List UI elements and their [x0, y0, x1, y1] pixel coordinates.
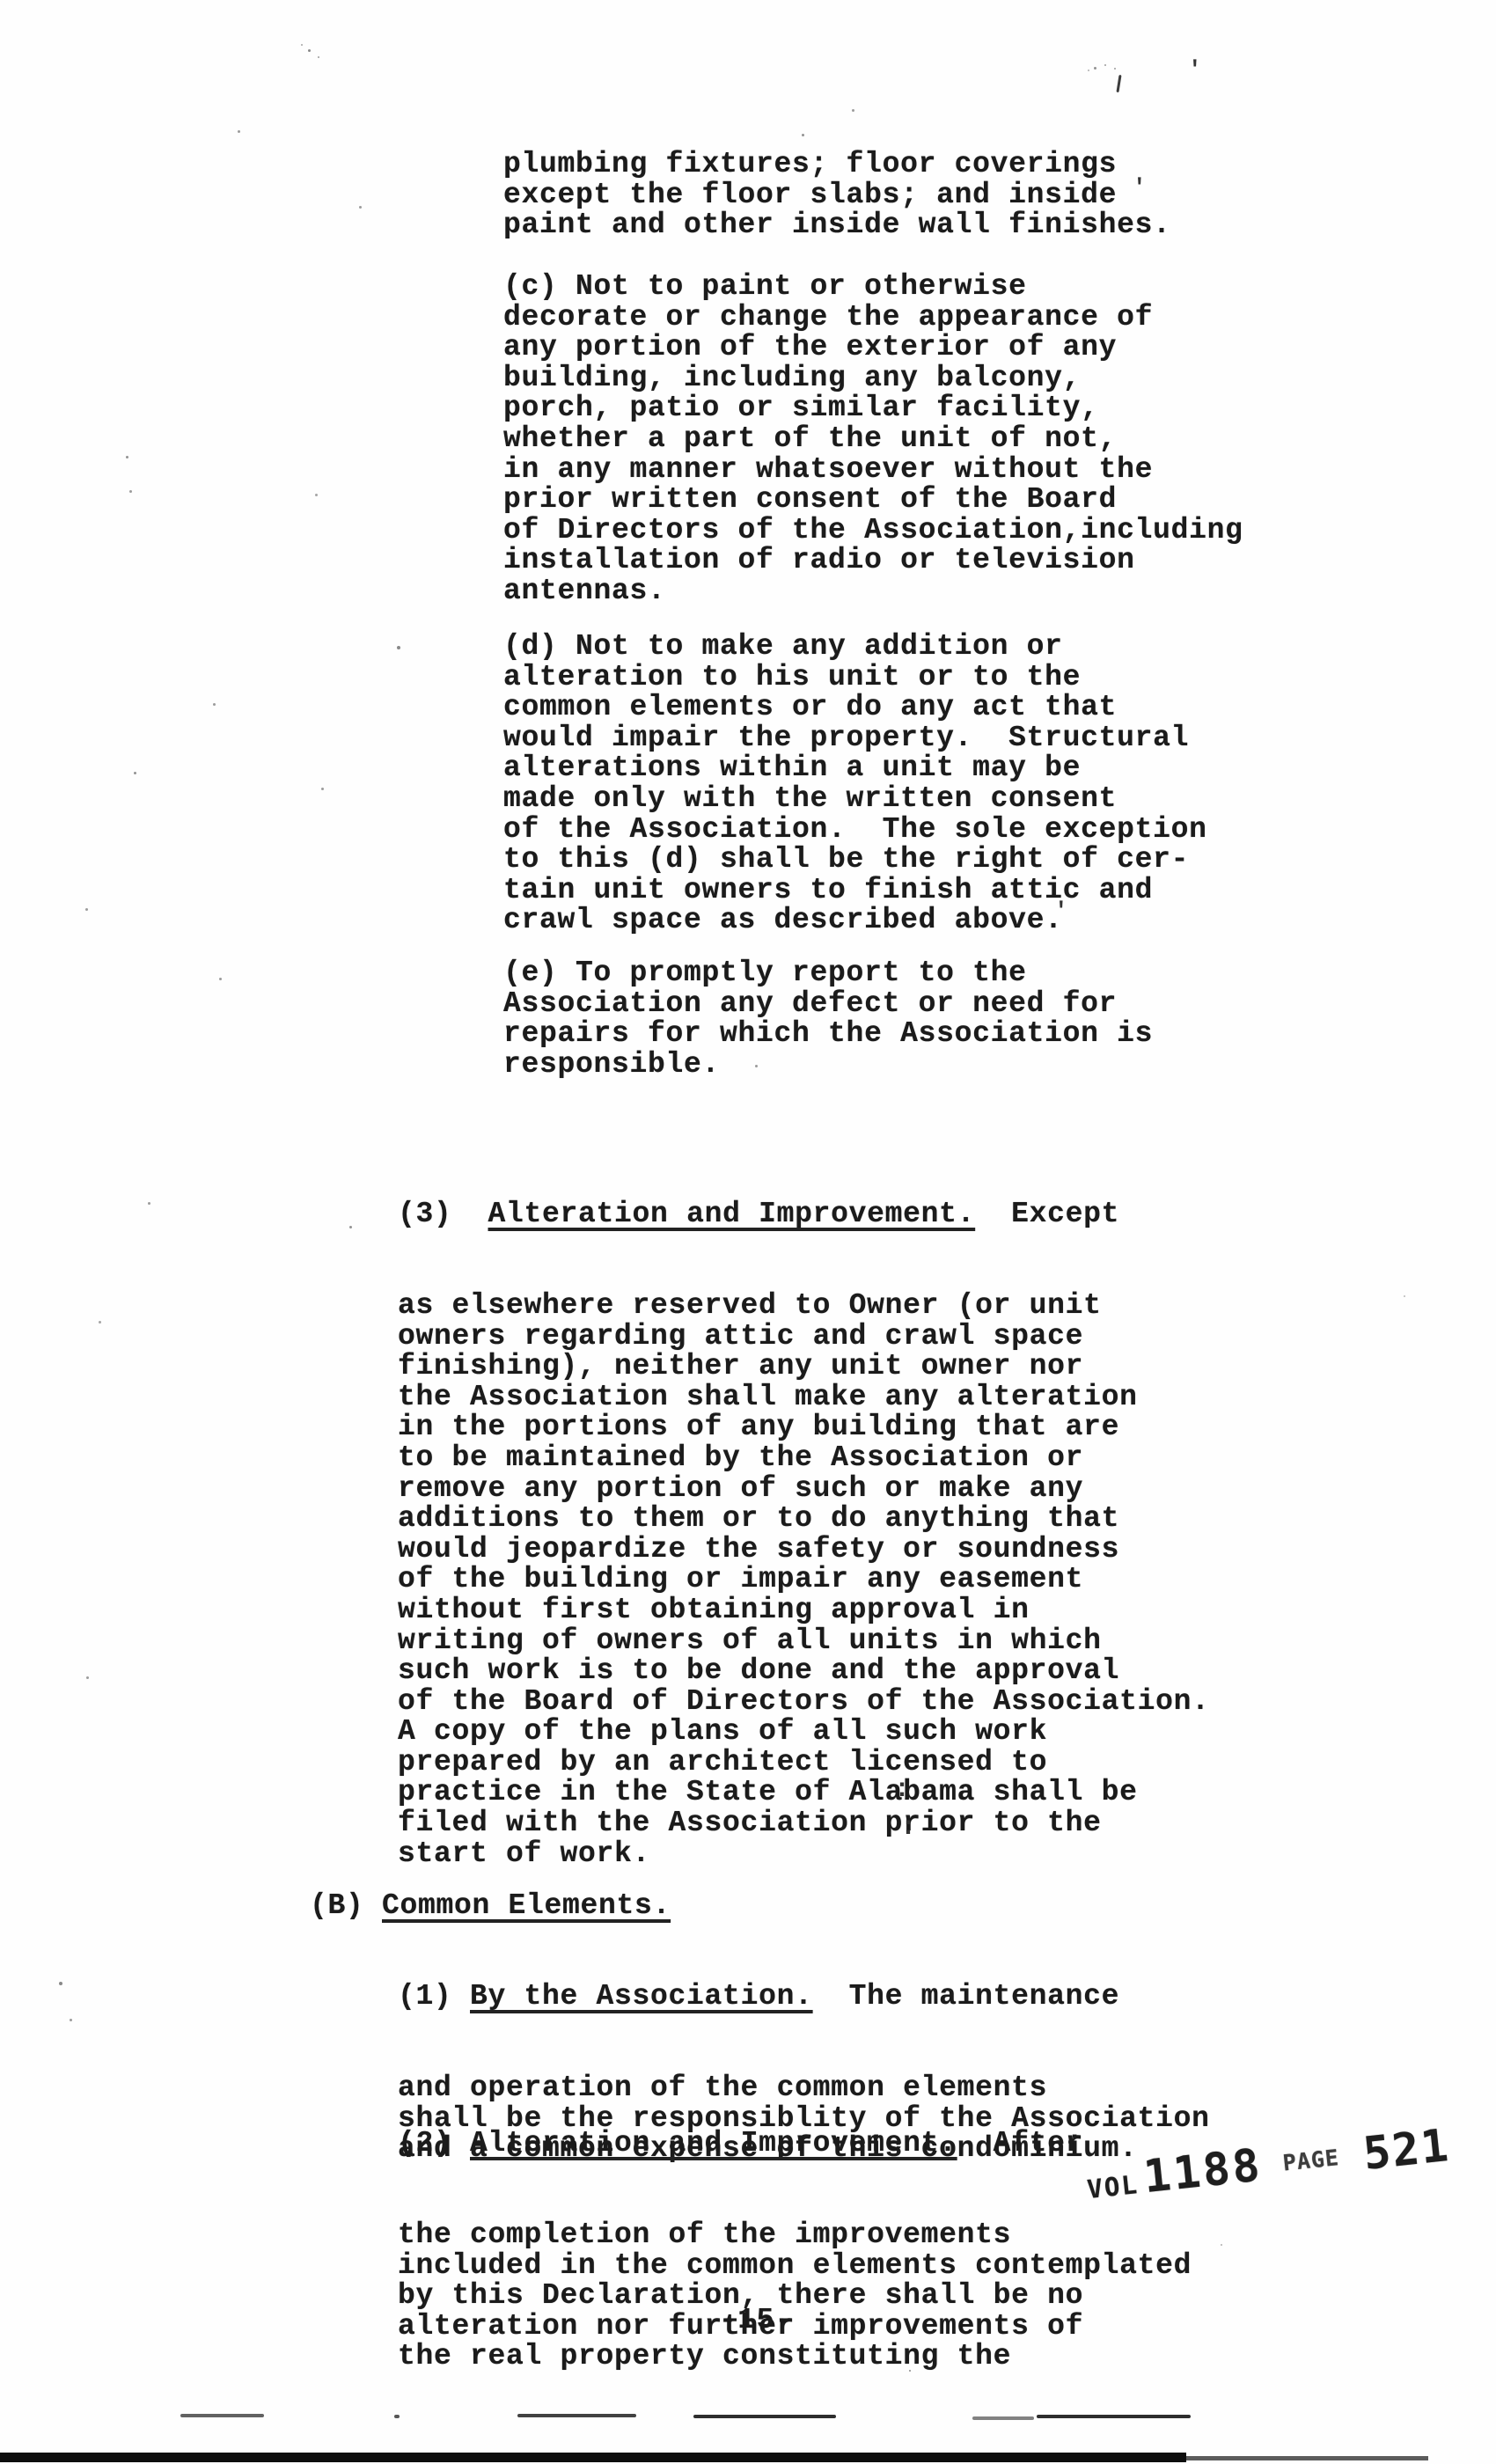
section-3-alteration-improvement: (3) Alteration and Improvement. Except a… — [398, 1139, 1210, 1930]
scan-speck — [1088, 70, 1089, 71]
stamp-vol-value: 1188 — [1141, 2139, 1265, 2204]
section-2-alteration-improvement: (2) Alteration and Improvement. After th… — [398, 2068, 1192, 2433]
scan-speck — [134, 772, 136, 774]
page-number: -15- — [719, 2306, 794, 2336]
scan-edge-band — [1186, 2456, 1428, 2460]
scan-speck — [86, 1676, 89, 1679]
scan-speck — [397, 646, 400, 649]
scan-colon-mark: : — [900, 1816, 916, 1839]
section-2-heading-rest: After — [957, 2127, 1084, 2160]
section-B-number: (B) — [310, 1889, 382, 1922]
section-2-heading-line: (2) Alteration and Improvement. After — [398, 2129, 1192, 2160]
section-2-heading: Alteration and Improvement. — [470, 2127, 957, 2160]
bottom-dash-segment — [517, 2414, 636, 2417]
section-3-heading-line: (3) Alteration and Improvement. Except — [398, 1199, 1210, 1230]
section-3-heading-rest: Except — [975, 1198, 1119, 1230]
scan-speck — [148, 1202, 150, 1205]
section-2-body: the completion of the improvements inclu… — [398, 2220, 1192, 2372]
scan-squiggle — [1116, 75, 1121, 92]
scan-colon-mark: : — [894, 1778, 910, 1801]
paragraph-e: (e) To promptly report to the Associatio… — [503, 958, 1153, 1080]
scan-speck — [126, 456, 128, 458]
scan-speck — [219, 978, 222, 980]
scan-speck — [315, 494, 318, 496]
scan-speck — [238, 130, 240, 133]
scan-speck — [1404, 1295, 1405, 1297]
scan-speck — [99, 1321, 101, 1324]
scan-edge-band — [0, 2453, 1186, 2462]
paragraph-c: (c) Not to paint or otherwise decorate o… — [503, 272, 1243, 607]
scan-speck — [129, 490, 132, 493]
bottom-dash-segment — [180, 2414, 264, 2417]
scan-speck — [213, 703, 216, 706]
bottom-dash-segment — [693, 2415, 836, 2418]
section-1-heading: By the Association. — [470, 1980, 813, 2013]
scan-apostrophe-mark: ' — [1188, 58, 1202, 81]
section-3-body: as elsewhere reserved to Owner (or unit … — [398, 1291, 1210, 1869]
bottom-dash-segment — [1037, 2415, 1191, 2418]
scan-speck — [321, 788, 324, 790]
stamp-page-label: PAGE — [1281, 2145, 1340, 2176]
scan-speck — [1114, 68, 1116, 70]
scan-speck — [349, 1226, 352, 1228]
scan-speck — [70, 2019, 72, 2021]
scan-speck — [1104, 64, 1106, 66]
scan-speck — [852, 109, 854, 112]
section-3-number: (3) — [398, 1198, 488, 1230]
scan-speck — [1221, 2244, 1222, 2246]
scan-speck — [755, 1065, 758, 1067]
scan-speck — [909, 2370, 911, 2372]
scan-speck — [1094, 67, 1096, 70]
scan-speck — [802, 134, 804, 136]
scan-speck — [301, 44, 303, 46]
stamp-page-value: 521 — [1361, 2120, 1453, 2181]
scan-speck — [59, 1982, 62, 1985]
scan-speck — [85, 908, 88, 911]
section-B-heading-line: (B) Common Elements. — [310, 1891, 671, 1922]
section-1-number: (1) — [398, 1980, 470, 2013]
scanned-page: plumbing fixtures; floor coverings excep… — [0, 0, 1496, 2464]
scan-apostrophe-mark: ' — [1054, 899, 1068, 922]
section-3-heading: Alteration and Improvement. — [488, 1198, 976, 1230]
section-2-number: (2) — [398, 2127, 470, 2160]
scan-apostrophe-mark: ' — [1133, 176, 1147, 199]
scan-speck — [318, 56, 319, 58]
section-1-heading-line: (1) By the Association. The maintenance — [398, 1982, 1210, 2013]
bottom-dash-segment — [972, 2416, 1034, 2420]
section-1-heading-rest: The maintenance — [813, 1980, 1120, 2013]
paragraph-b-tail: plumbing fixtures; floor coverings excep… — [503, 150, 1171, 241]
bottom-dash-segment — [394, 2415, 400, 2418]
stamp-vol-label: VOL — [1086, 2169, 1140, 2204]
scan-speck — [359, 206, 362, 209]
paragraph-d: (d) Not to make any addition or alterati… — [503, 632, 1207, 936]
scan-speck — [308, 49, 311, 52]
section-B-heading: Common Elements. — [382, 1889, 671, 1922]
